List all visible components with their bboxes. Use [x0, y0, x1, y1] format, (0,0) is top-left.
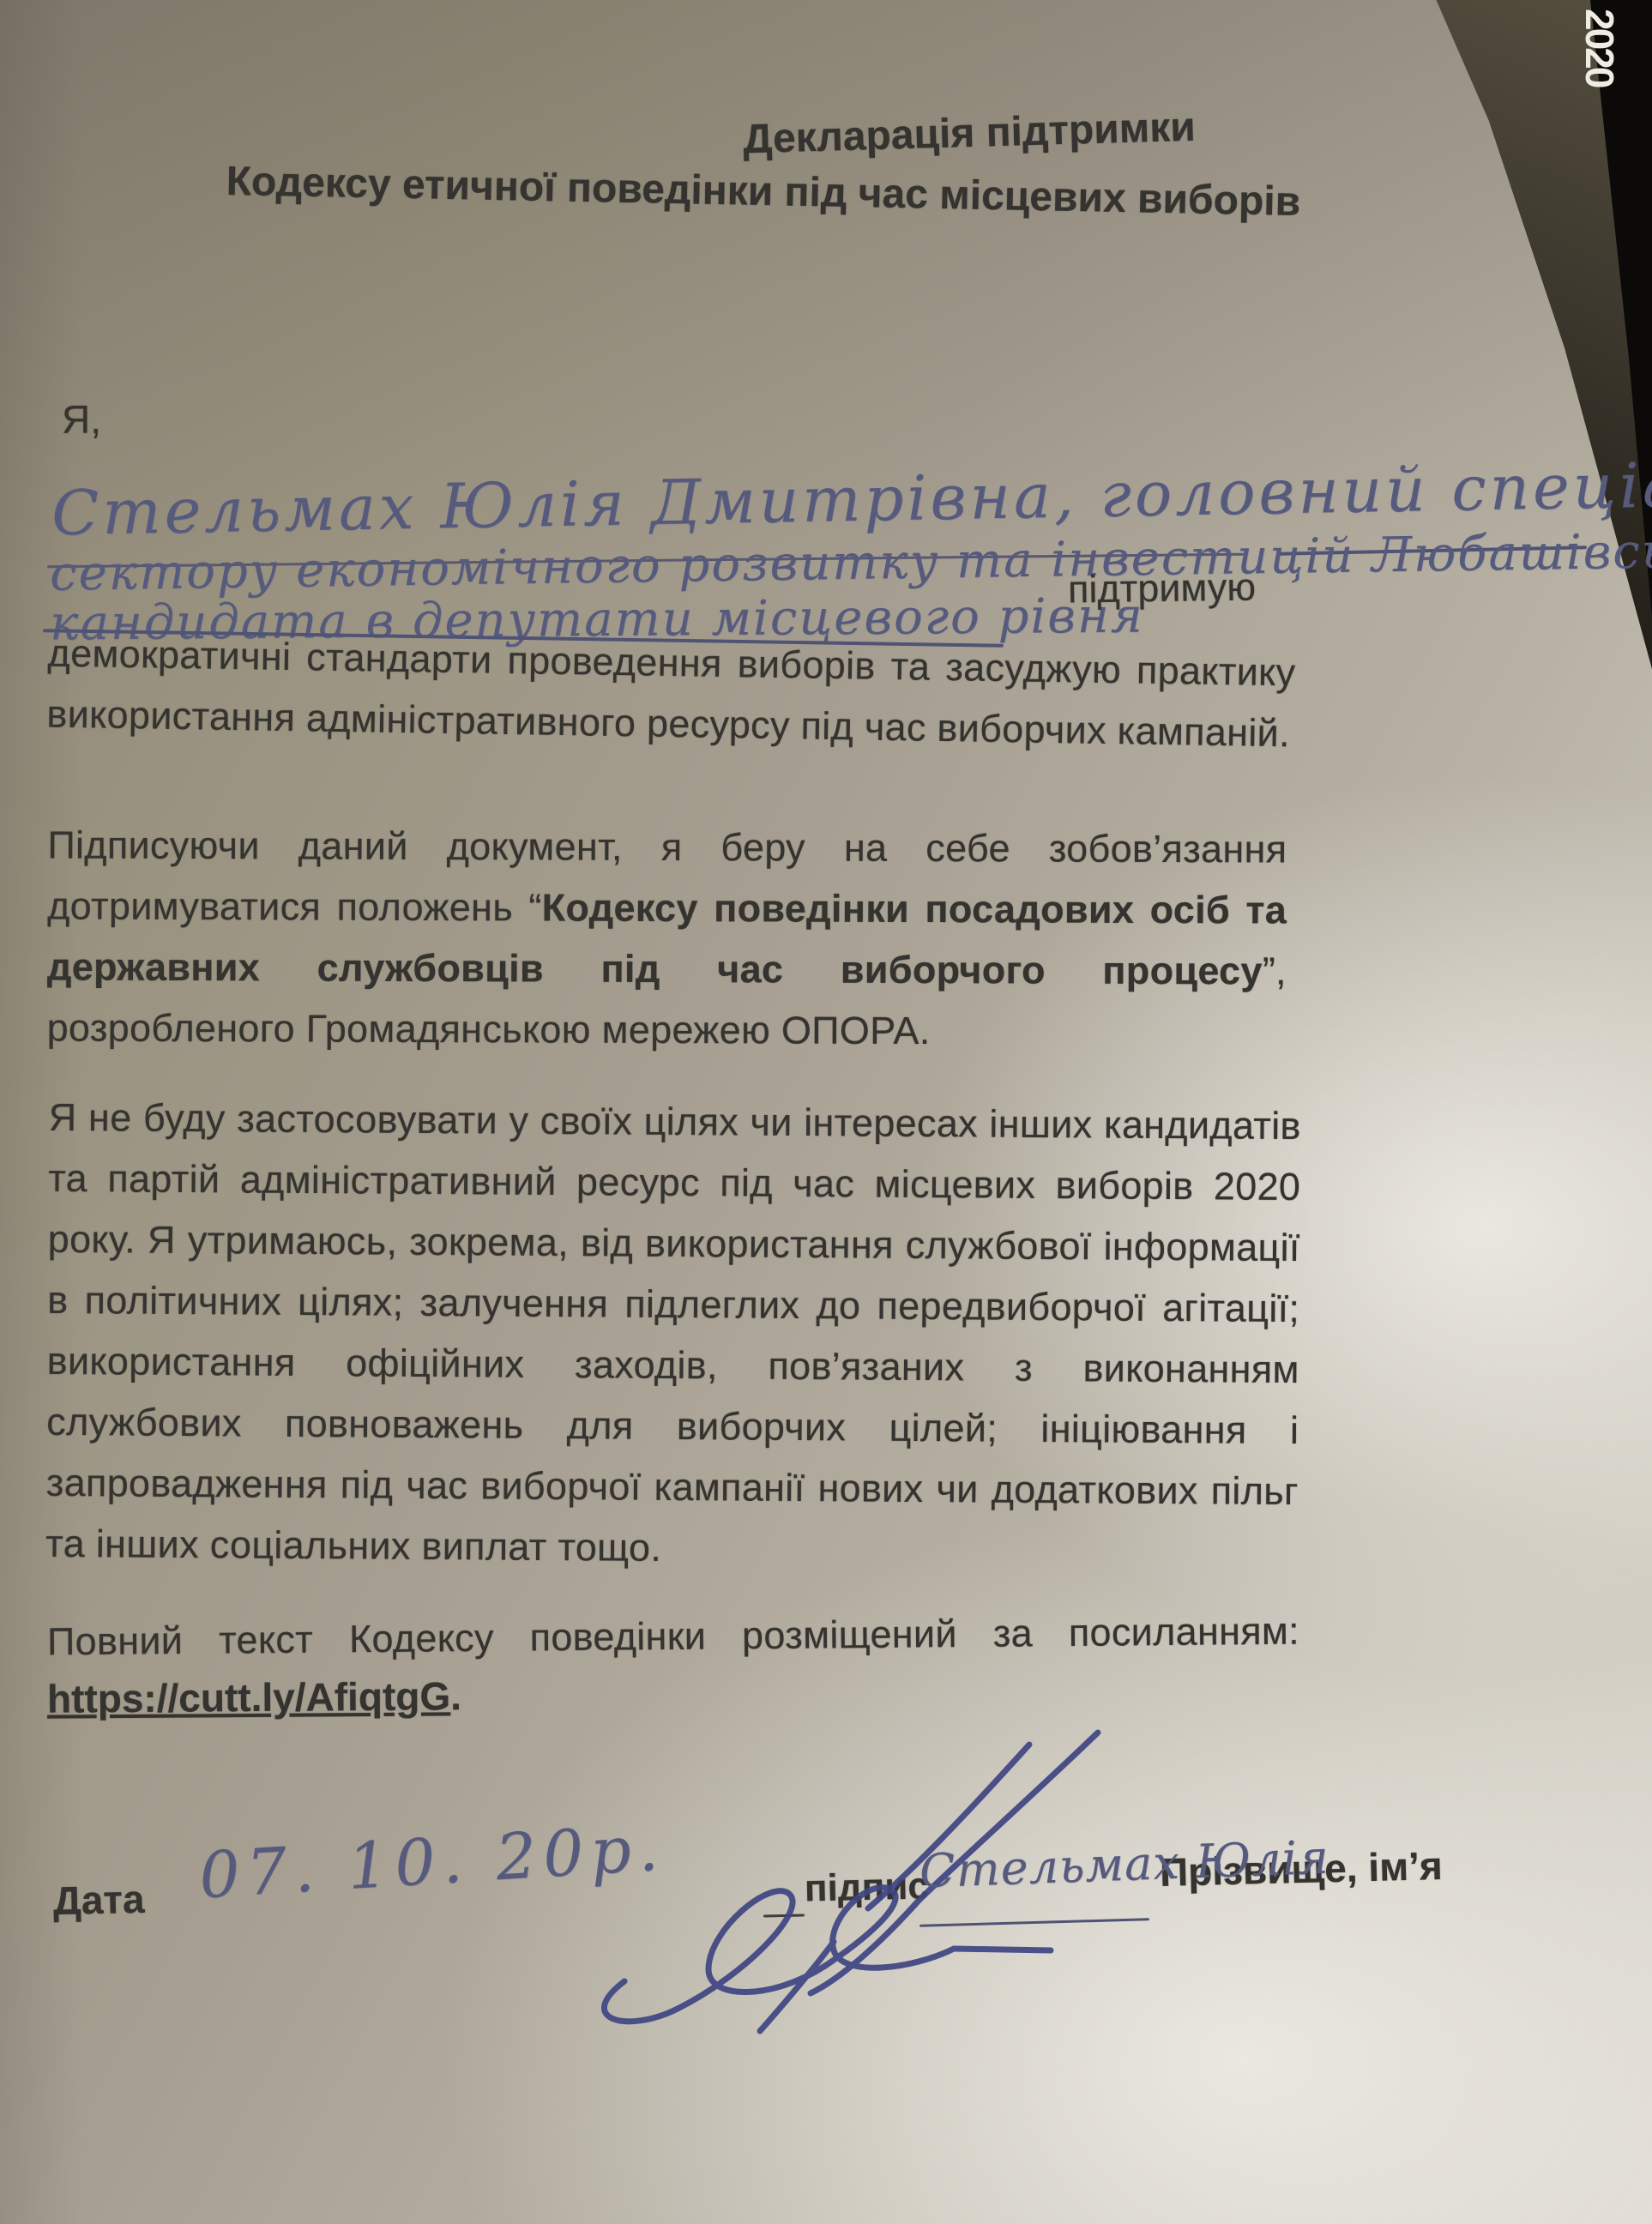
date-label: Дата: [52, 1876, 145, 1924]
year-stamp: 2020: [1577, 9, 1623, 86]
code-link-period: .: [450, 1673, 461, 1718]
paragraph-democratic-standards: демократичні стандарти проведення виборі…: [46, 623, 1296, 764]
support-word: підтримую: [1068, 564, 1257, 612]
paragraph-full-text: Повний текст Кодексу поведінки розміщени…: [47, 1600, 1300, 1673]
salutation: Я,: [62, 396, 101, 443]
code-link-url: https://cutt.ly/AfiqtgG: [47, 1673, 451, 1721]
paragraph-admin-resource: Я не буду застосовувати у своїх цілях чи…: [45, 1087, 1301, 1582]
paragraph-obligation: Підписуючи даний документ, я беру на себ…: [47, 814, 1287, 1062]
document-photo: 2020 Декларація підтримки Кодексу етично…: [0, 0, 1652, 2224]
code-link-line: https://cutt.ly/AfiqtgG.: [47, 1673, 461, 1721]
